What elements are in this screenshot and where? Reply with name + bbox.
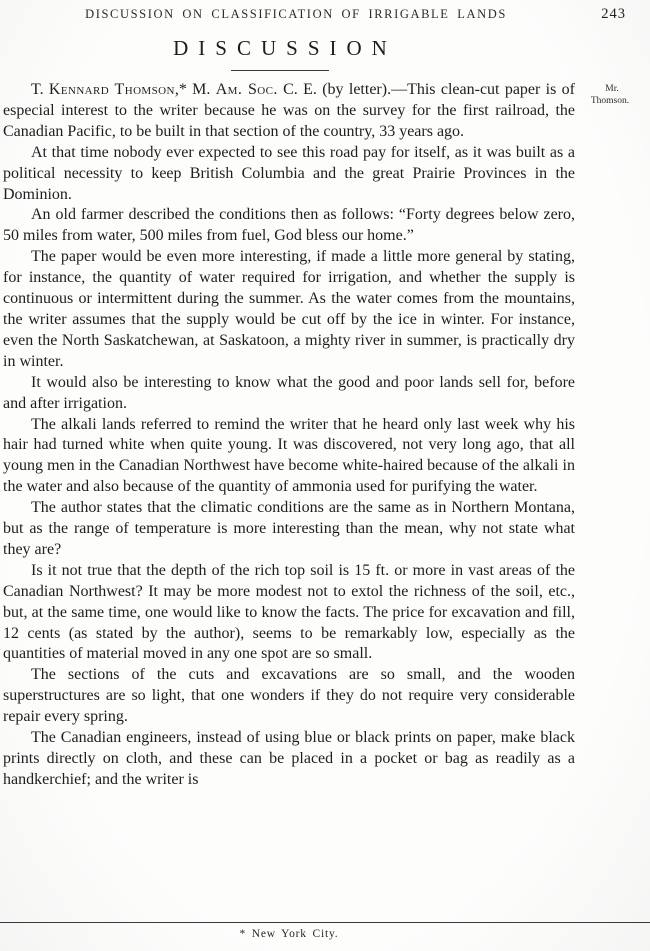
paragraph: The paper would be even more interesting… [3, 247, 575, 372]
heading-rule [231, 70, 329, 71]
running-head: DISCUSSION ON CLASSIFICATION OF IRRIGABL… [0, 7, 650, 25]
paragraph: An old farmer described the conditions t… [3, 205, 575, 247]
section-heading: DISCUSSION [0, 36, 650, 61]
footnote-rule [0, 922, 650, 923]
paragraph: At that time nobody ever expected to see… [3, 143, 575, 206]
running-title: DISCUSSION ON CLASSIFICATION OF IRRIGABL… [0, 7, 650, 22]
page-number: 243 [601, 6, 626, 23]
footnote: * New York City. [3, 928, 575, 940]
paragraph: It would also be interesting to know wha… [3, 373, 575, 415]
paragraph: The author states that the climatic cond… [3, 498, 575, 561]
scanned-book-page: DISCUSSION ON CLASSIFICATION OF IRRIGABL… [0, 0, 650, 951]
body-text-column: T. Kennard Thomson,* M. Am. Soc. C. E. (… [3, 80, 575, 791]
margin-note-line1: Mr. [576, 84, 648, 96]
society-abbrev: Am. Soc. [216, 81, 278, 98]
paragraph-opening: T. Kennard Thomson,* M. Am. Soc. C. E. (… [3, 80, 575, 143]
opening-pre: T. [31, 81, 49, 98]
author-name: Kennard Thomson [49, 81, 175, 98]
opening-mid: ,* M. [175, 81, 216, 98]
paragraph: The alkali lands referred to remind the … [3, 415, 575, 499]
paragraph: The Canadian engineers, instead of using… [3, 728, 575, 791]
margin-note: Mr. Thomson. [576, 84, 648, 107]
margin-note-line2: Thomson. [572, 96, 648, 108]
paragraph: The sections of the cuts and excavations… [3, 665, 575, 728]
paragraph: Is it not true that the depth of the ric… [3, 561, 575, 666]
